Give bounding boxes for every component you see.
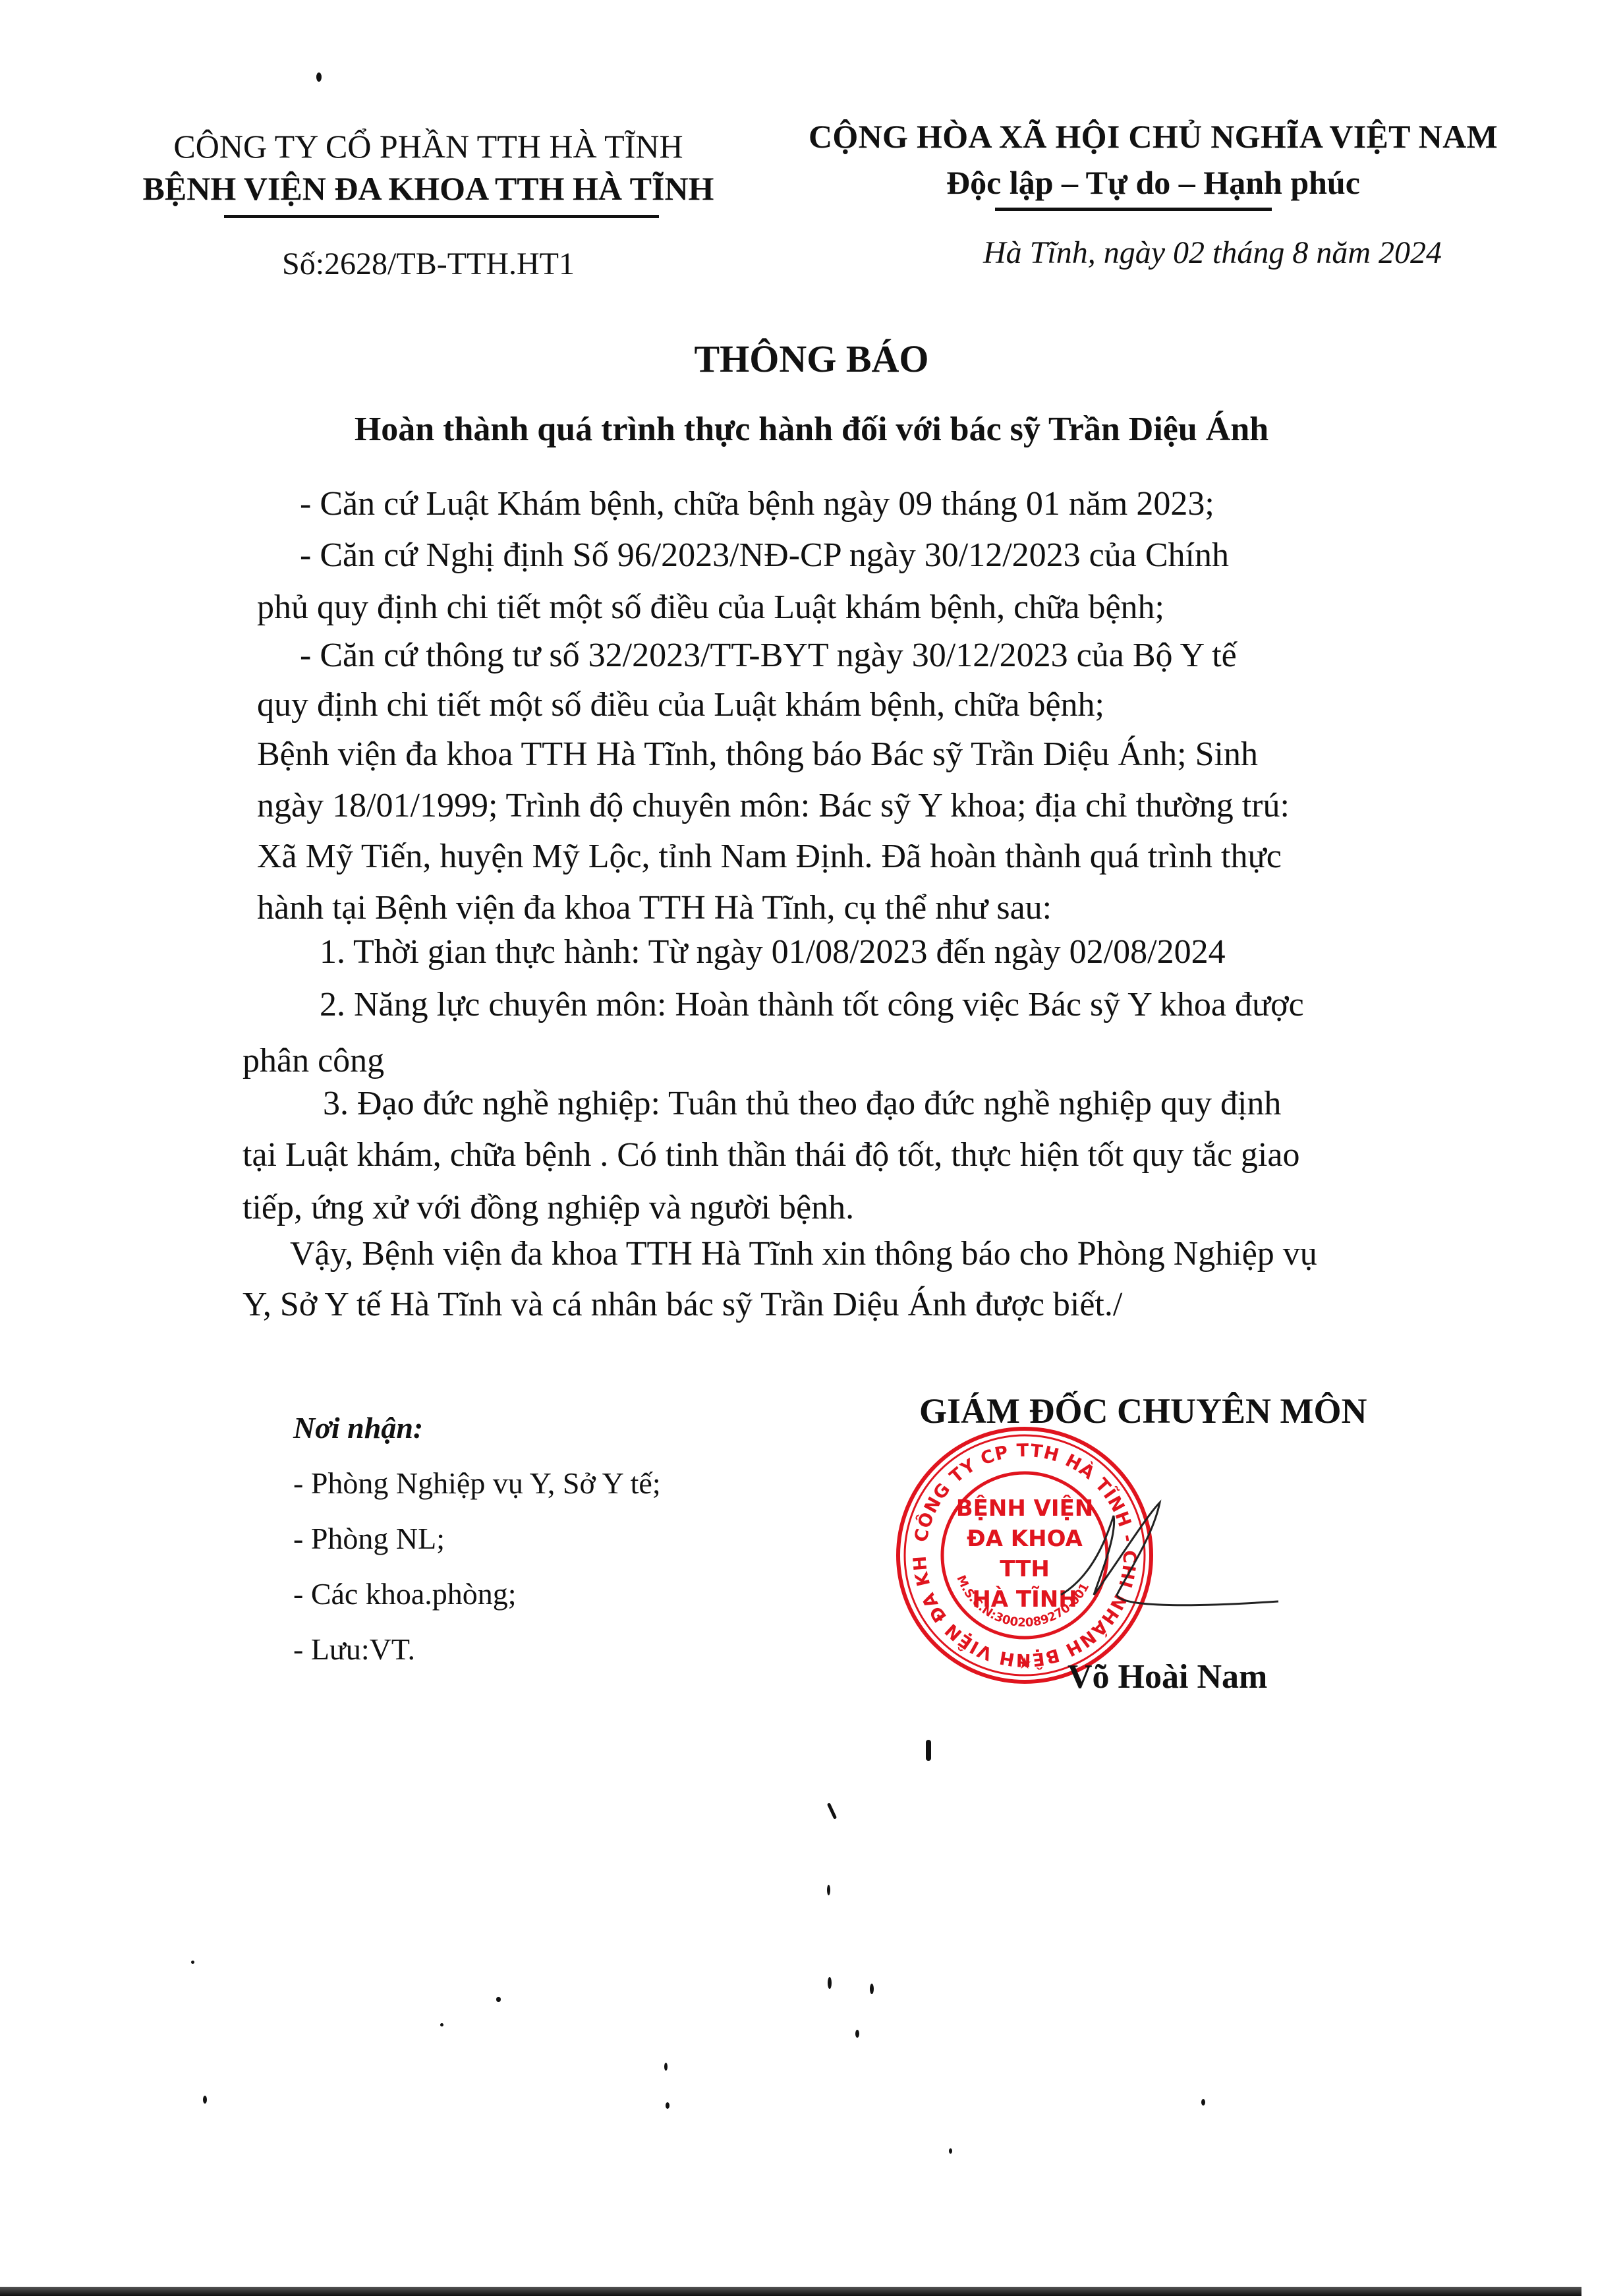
recipients-block: Nơi nhận: - Phòng Nghiệp vụ Y, Sở Y tế; … (293, 1400, 661, 1677)
recipient-item: - Phòng Nghiệp vụ Y, Sở Y tế; (293, 1456, 661, 1511)
body-line: Vậy, Bệnh viện đa khoa TTH Hà Tĩnh xin t… (290, 1231, 1317, 1277)
signatory-name: Võ Hoài Nam (1068, 1657, 1267, 1696)
recipient-item: - Các khoa.phòng; (293, 1566, 661, 1622)
body-line: Bệnh viện đa khoa TTH Hà Tĩnh, thông báo… (257, 732, 1258, 778)
company-name: CÔNG TY CỔ PHẦN TTH HÀ TĨNH (99, 125, 758, 167)
body-line: Xã Mỹ Tiến, huyện Mỹ Lộc, tỉnh Nam Định.… (257, 834, 1282, 880)
recipient-item: - Lưu:VT. (293, 1622, 661, 1677)
issuer-block: CÔNG TY CỔ PHẦN TTH HÀ TĨNH BỆNH VIỆN ĐA… (99, 125, 758, 284)
scan-bottom-edge (0, 2287, 1581, 2296)
document-subtitle: Hoàn thành quá trình thực hành đối với b… (0, 403, 1623, 456)
body-line: tại Luật khám, chữa bệnh . Có tinh thần … (242, 1132, 1299, 1178)
body-line: 2. Năng lực chuyên môn: Hoàn thành tốt c… (320, 982, 1304, 1028)
recipients-heading: Nơi nhận: (293, 1400, 661, 1456)
document-title: THÔNG BÁO (0, 333, 1623, 386)
issuer-underline (224, 215, 659, 218)
body-line: quy định chi tiết một số điều của Luật k… (257, 682, 1104, 728)
body-line: phân công (242, 1038, 384, 1084)
recipient-item: - Phòng NL; (293, 1511, 661, 1566)
document-number: Số:2628/TB-TTH.HT1 (99, 244, 758, 284)
handwritten-signature (1054, 1496, 1292, 1615)
body-line: - Căn cứ Luật Khám bệnh, chữa bệnh ngày … (300, 481, 1214, 527)
body-line: hành tại Bệnh viện đa khoa TTH Hà Tĩnh, … (257, 885, 1052, 931)
motto-underline (995, 208, 1272, 211)
hospital-name: BỆNH VIỆN ĐA KHOA TTH HÀ TĨNH (99, 167, 758, 210)
place-date: Hà Tĩnh, ngày 02 tháng 8 năm 2024 (817, 233, 1608, 273)
body-line: 1. Thời gian thực hành: Từ ngày 01/08/20… (320, 929, 1226, 975)
nation-name: CỘNG HÒA XÃ HỘI CHỦ NGHĨA VIỆT NAM (758, 115, 1549, 158)
national-header: CỘNG HÒA XÃ HỘI CHỦ NGHĨA VIỆT NAM Độc l… (758, 115, 1549, 273)
body-line: ngày 18/01/1999; Trình độ chuyên môn: Bá… (257, 783, 1290, 829)
national-motto: Độc lập – Tự do – Hạnh phúc (758, 161, 1549, 204)
svg-text:★: ★ (1017, 1654, 1032, 1673)
body-line: phủ quy định chi tiết một số điều của Lu… (257, 585, 1164, 631)
svg-text:TTH: TTH (1000, 1556, 1050, 1582)
body-line: Y, Sở Y tế Hà Tĩnh và cá nhân bác sỹ Trầ… (242, 1282, 1122, 1328)
body-line: tiếp, ứng xử với đồng nghiệp và người bệ… (242, 1185, 854, 1231)
body-line: - Căn cứ thông tư số 32/2023/TT-BYT ngày… (300, 633, 1237, 679)
body-line: 3. Đạo đức nghề nghiệp: Tuân thủ theo đạ… (323, 1081, 1281, 1127)
body-line: - Căn cứ Nghị định Số 96/2023/NĐ-CP ngày… (300, 532, 1229, 579)
